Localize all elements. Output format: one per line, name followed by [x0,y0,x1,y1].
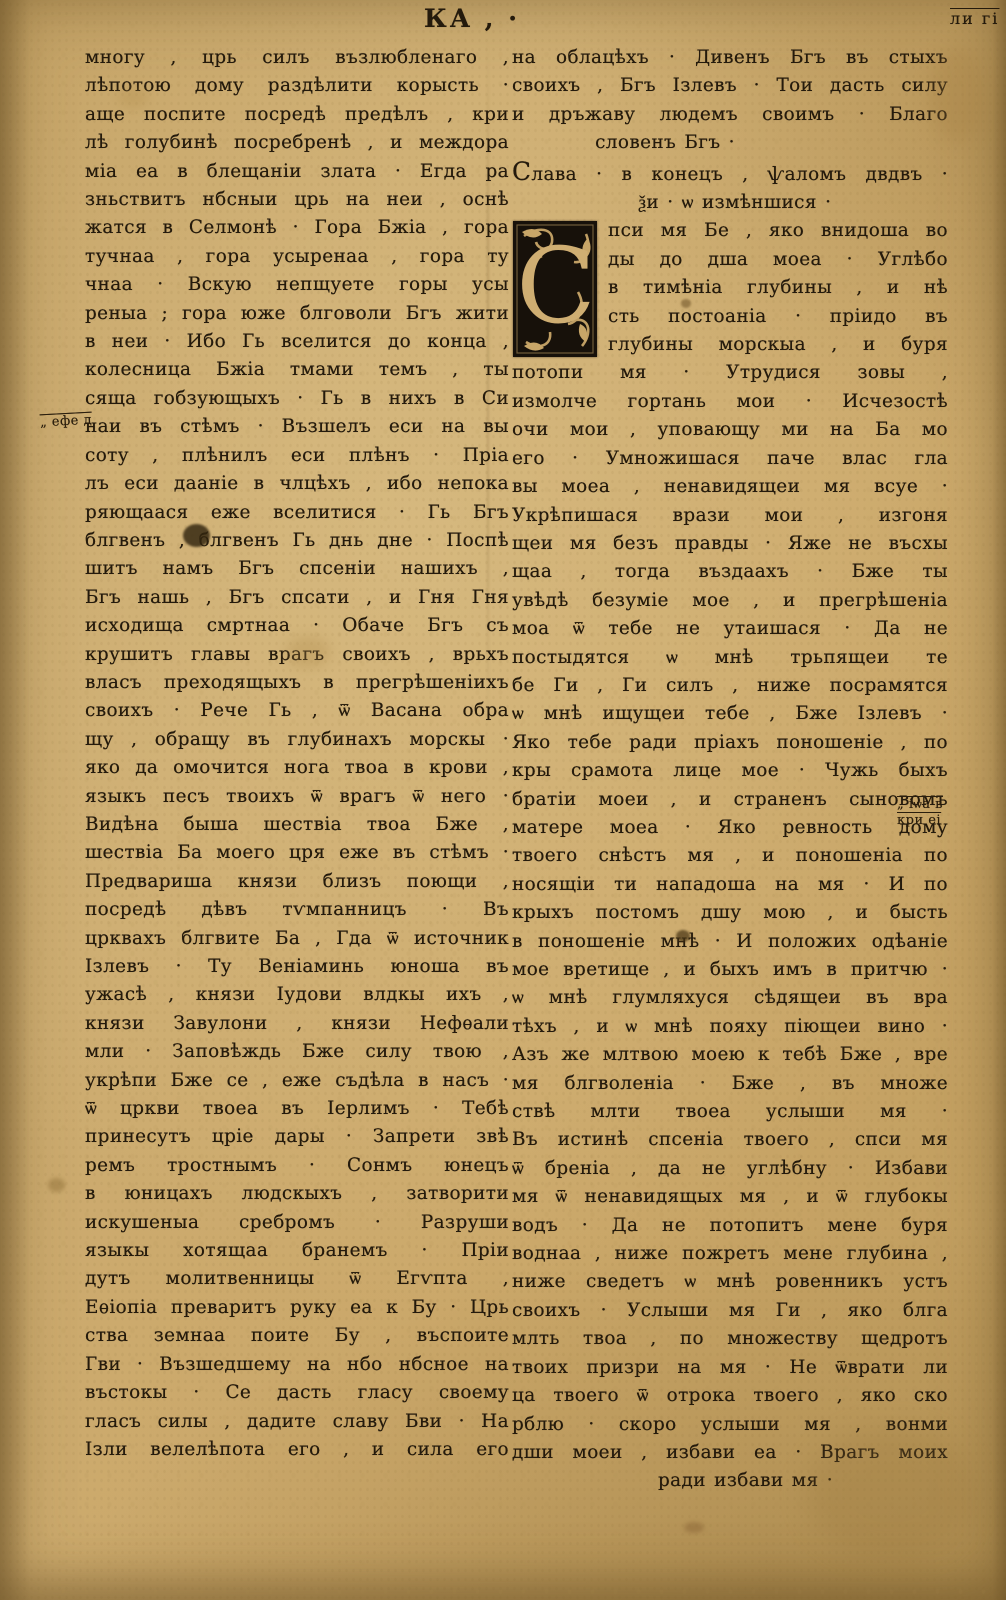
text-line: Видѣна быша шествіа твоа Бже , [85,811,509,839]
text-line: рблю · скоро услыши мя , вонми [512,1411,948,1439]
text-line: крушитъ главы врагъ своихъ , врьхъ [85,641,509,669]
right-column-body: потопи мя · Утрудися зовы ,измолче горта… [512,359,948,1467]
left-text-column: многу , црь силъ възлюбленаго ,лѣпотою д… [85,44,509,1464]
text-line: в тимѣніа глубины , и нѣ [608,274,948,302]
text-line: яко да омочится нога твоа в крови , [85,754,509,782]
doxology-line: Слава · в конецъ , ѱаломъ двдвъ · [512,158,948,189]
text-line: языкы хотящаа бранемъ · Пріи [85,1237,509,1265]
text-line: на облацѣхъ · Дивенъ Бгъ въ стыхъ [512,44,948,72]
text-line: Предвариша князи близъ поющи , [85,868,509,896]
text-line: сть постоаніа · пріидо въ [608,303,948,331]
folio-number: ли гі [950,9,999,28]
text-line: его · Умножишася паче влас гла [512,445,948,473]
margin-note-text: кри еі [897,813,943,829]
text-line: своихъ · Рече Гь , ѿ Васана обра [85,697,509,725]
text-line: крыхъ постомъ дшу мою , и бысть [512,899,948,927]
text-line: братіи моеи , и страненъ сыновомъ [512,786,948,814]
text-line: вы моеа , ненавидящеи мя всуе · [512,473,948,501]
text-line: кры срамота лице мое · Чужь быхъ [512,757,948,785]
text-line: принесутъ цріе дары · Запрети звѣ [85,1123,509,1151]
text-line: ниже сведетъ ѡ мнѣ ровенникъ устъ [512,1268,948,1296]
margin-note-right: „ іѡа в кри еі [897,797,943,829]
text-line: исходища смртнаа · Обаче Бгъ съ [85,612,509,640]
text-line: ства земнаа поите Бу , въспоите [85,1322,509,1350]
text-line: щеи мя безъ правды · Яже не въсхы [512,530,948,558]
text-line: моа ѿ тебе не утаишася · Да не [512,615,948,643]
text-line: ды до дша моеа · Углѣбо [608,246,948,274]
text-line: ѿ бреніа , да не углѣбну · Избави [512,1155,948,1183]
text-line: жатся в Селмонѣ · Гора Бжіа , гора [85,214,509,242]
text-line: и дръжаву людемъ своимъ · Благо [512,101,948,129]
text-line: своихъ · Услыши мя Ги , яко блга [512,1297,948,1325]
text-line: Гви · Възшедшему на нбо нбсное на [85,1351,509,1379]
text-line: аще поспите посредѣ предѣлъ , кри [85,101,509,129]
text-line: дутъ молитвенницы ѿ Егѵпта , [85,1265,509,1293]
text-line: міа еа в блещаніи злата · Егда ра [85,158,509,186]
text-line: князи Завулони , князи Нефѳали [85,1010,509,1038]
text-line: Яко тебе ради пріахъ поношеніе , по [512,729,948,757]
text-line: соту , плѣнилъ еси плѣнъ · Пріа [85,442,509,470]
initial-letter: С [516,225,596,347]
text-line: щаа , тогда въздаахъ · Бже ты [512,558,948,586]
text-line: ѿ цркви твоеа въ Іерлимъ · Тебѣ [85,1095,509,1123]
text-line: шествіа Ба моего цря еже въ стѣмъ · [85,839,509,867]
text-line: Укрѣпишася врази мои , изгоня [512,502,948,530]
text-line: ужасѣ , князи Іудови влдкы ихъ , [85,981,509,1009]
foxing-spot [684,1522,704,1533]
text-line: ѡ мнѣ ищущеи тебе , Бже Ізлевъ · [512,700,948,728]
right-text-column: на облацѣхъ · Дивенъ Бгъ въ стыхъсвоихъ … [512,44,948,1496]
text-line: дши моеи , избави еа · Врагъ моих [512,1439,948,1467]
text-line: очи мои , уповающу ми на Ба мо [512,416,948,444]
text-line: укрѣпи Бже се , еже съдѣла в насъ · [85,1067,509,1095]
closing-line: ради избави мя · [512,1467,948,1495]
text-line: гласъ силы , дадите славу Бви · На [85,1408,509,1436]
text-line: глубины морскыа , и буря [608,331,948,359]
text-line: в юницахъ людскыхъ , затворити [85,1180,509,1208]
text-line: Бгъ нашь , Бгъ спсати , и Гня Гня [85,584,509,612]
text-line: водъ · Да не потопитъ мене буря [512,1212,948,1240]
text-line: Въ истинѣ спсеніа твоего , спси мя [512,1126,948,1154]
text-line: ца твоего ѿ отрока твоего , яко ско [512,1382,948,1410]
text-line: своихъ , Бгъ Ізлевъ · Тои дасть силу [512,72,948,100]
ornate-initial-letter-block: С [512,220,598,358]
text-line: твоих призри на мя · Не ѿврати ли [512,1354,948,1382]
text-line: лъ еси дааніе в члцѣхъ , ибо непока [85,470,509,498]
margin-note-text: „ іѡа в [897,797,943,813]
text-line: щу , обращу въ глубинахъ морскы · [85,726,509,754]
foxing-spot [48,1178,65,1192]
text-line: бе Ги , Ги силъ , ниже посрамятся [512,672,948,700]
text-line: лѣ голубинѣ посребренѣ , и междора [85,129,509,157]
text-line: твоего снѣстъ мя , и поношеніа по [512,842,948,870]
text-line: зньствитъ нбсныи црь на неи , оснѣ [85,186,509,214]
text-line: Азъ же млтвою моею к тебѣ Бже , вре [512,1041,948,1069]
text-line: тѣхъ , и ѡ мнѣ пояху піющеи вино · [512,1013,948,1041]
text-line: колесница Бжіа тмами темъ , ты [85,356,509,384]
text-line: сяща гобзующыхъ · Гь в нихъ в Си [85,385,509,413]
text-line: блгвенъ , блгвенъ Гь днь дне · Поспѣ [85,527,509,555]
text-line: языкъ песъ твоихъ ѿ врагъ ѿ него · [85,783,509,811]
text-line: пси мя Бе , яко внидоша во [608,217,948,245]
text-line: в неи · Ибо Гь вселится до конца , [85,328,509,356]
quire-signature: КА , · [424,4,520,33]
initial-row: С пси мя Бе , яко внидоша воды до дша мо… [512,217,948,359]
text-line: лѣпотою дому раздѣлити корысть · [85,72,509,100]
text-line: матере моеа · Яко ревность дому [512,814,948,842]
margin-note-text: „ ефе д [40,413,93,432]
text-line: шитъ намъ Бгъ спсеніи нашихъ , [85,555,509,583]
text-line: ѡ мнѣ глумляхуся сѣдящеи въ вра [512,984,948,1012]
text-line: млть твоа , по множеству щедротъ [512,1325,948,1353]
text-line: посредѣ дѣвъ тѵмпанницъ · Въ [85,896,509,924]
text-line: мли · Заповѣждь Бже силу твою , [85,1038,509,1066]
lines-beside-initial: пси мя Бе , яко внидоша воды до дша моеа… [608,217,948,359]
text-line: мое вретище , и быхъ имъ в притчю · [512,956,948,984]
text-line: ряющаася еже вселитися · Гь Бгъ [85,499,509,527]
centered-line: словенъ Бгъ · [512,129,948,157]
text-line: носящіи ти нападоша на мя · И по [512,871,948,899]
text-line: измолче гортань мои · Исчезостѣ [512,388,948,416]
text-line: власъ преходящыхъ в прегрѣшеніихъ [85,669,509,697]
right-column-top-lines: на облацѣхъ · Дивенъ Бгъ въ стыхъсвоихъ … [512,44,948,129]
binding-gutter-shadow [0,0,30,1600]
text-line: в поношеніе мнѣ · И положих одѣаніе [512,928,948,956]
text-line: мя блгволеніа · Бже , въ множе [512,1070,948,1098]
text-line: многу , црь силъ възлюбленаго , [85,44,509,72]
text-line: Ізли велелѣпота его , и сила его [85,1436,509,1464]
text-line: воднаа , ниже пожретъ мене глубина , [512,1240,948,1268]
text-line: тучнаа , гора усыренаа , гора ту [85,243,509,271]
text-line: црквахъ блгвите Ба , Гда ѿ источник [85,925,509,953]
margin-note-left: „ ефе д [40,413,93,432]
text-line: реныа ; гора юже блговоли Бгъ жити [85,300,509,328]
text-line: постыдятся ѡ мнѣ трьпящеи те [512,644,948,672]
text-line: Еѳіопіа преваритъ руку еа к Бу · Црь [85,1294,509,1322]
text-line: увѣдѣ безуміе мое , и прегрѣшеніа [512,587,948,615]
text-line: чнаа · Вскую непщуете горы усы [85,271,509,299]
psalm-number-line: ѯи · ѡ измѣншися · [512,189,948,217]
book-page: КА , · ли гі многу , црь силъ възлюблена… [0,0,1006,1600]
text-line: въстокы · Се дасть гласу своему [85,1379,509,1407]
text-line: мя ѿ ненавидящых мя , и ѿ глубокы [512,1183,948,1211]
text-line: ствѣ млти твоеа услыши мя · [512,1098,948,1126]
text-line: ремъ тростнымъ · Сонмъ юнецъ [85,1152,509,1180]
page-edge-shadow [992,0,1006,1600]
text-line: потопи мя · Утрудися зовы , [512,359,948,387]
text-line: Ізлевъ · Ту Веніаминь юноша въ [85,953,509,981]
text-line: наи въ стѣмъ · Възшелъ еси на вы [85,413,509,441]
text-line: искушеныа сребромъ · Разруши [85,1209,509,1237]
